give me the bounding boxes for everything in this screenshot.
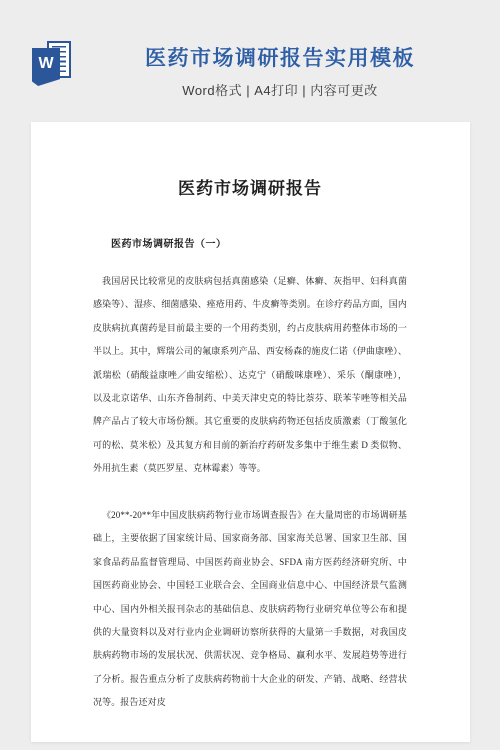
template-title: 医药市场调研报告实用模板 [88, 42, 472, 72]
header: W 医药市场调研报告实用模板 Word格式 | A4打印 | 内容可更改 [0, 0, 500, 122]
template-subtitle: Word格式 | A4打印 | 内容可更改 [88, 80, 472, 99]
word-icon-w: W [38, 55, 53, 73]
document-paragraph-2: 《20**-20**年中国皮肤病药物行业市场调查报告》在大量周密的市场调研基础上… [93, 504, 407, 715]
header-text: 医药市场调研报告实用模板 Word格式 | A4打印 | 内容可更改 [88, 42, 472, 99]
word-icon-letter: W [32, 48, 60, 86]
document-paragraph-1: 我国居民比较常见的皮肤病包括真菌感染（足癣、体癣、灰指甲、妇科真菌感染等）、湿疹… [93, 270, 407, 481]
word-icon: W [32, 41, 71, 89]
document-subheading: 医药市场调研报告（一） [111, 235, 407, 250]
document-page: 医药市场调研报告 医药市场调研报告（一） 我国居民比较常见的皮肤病包括真菌感染（… [31, 122, 470, 742]
document-title: 医药市场调研报告 [93, 174, 407, 199]
